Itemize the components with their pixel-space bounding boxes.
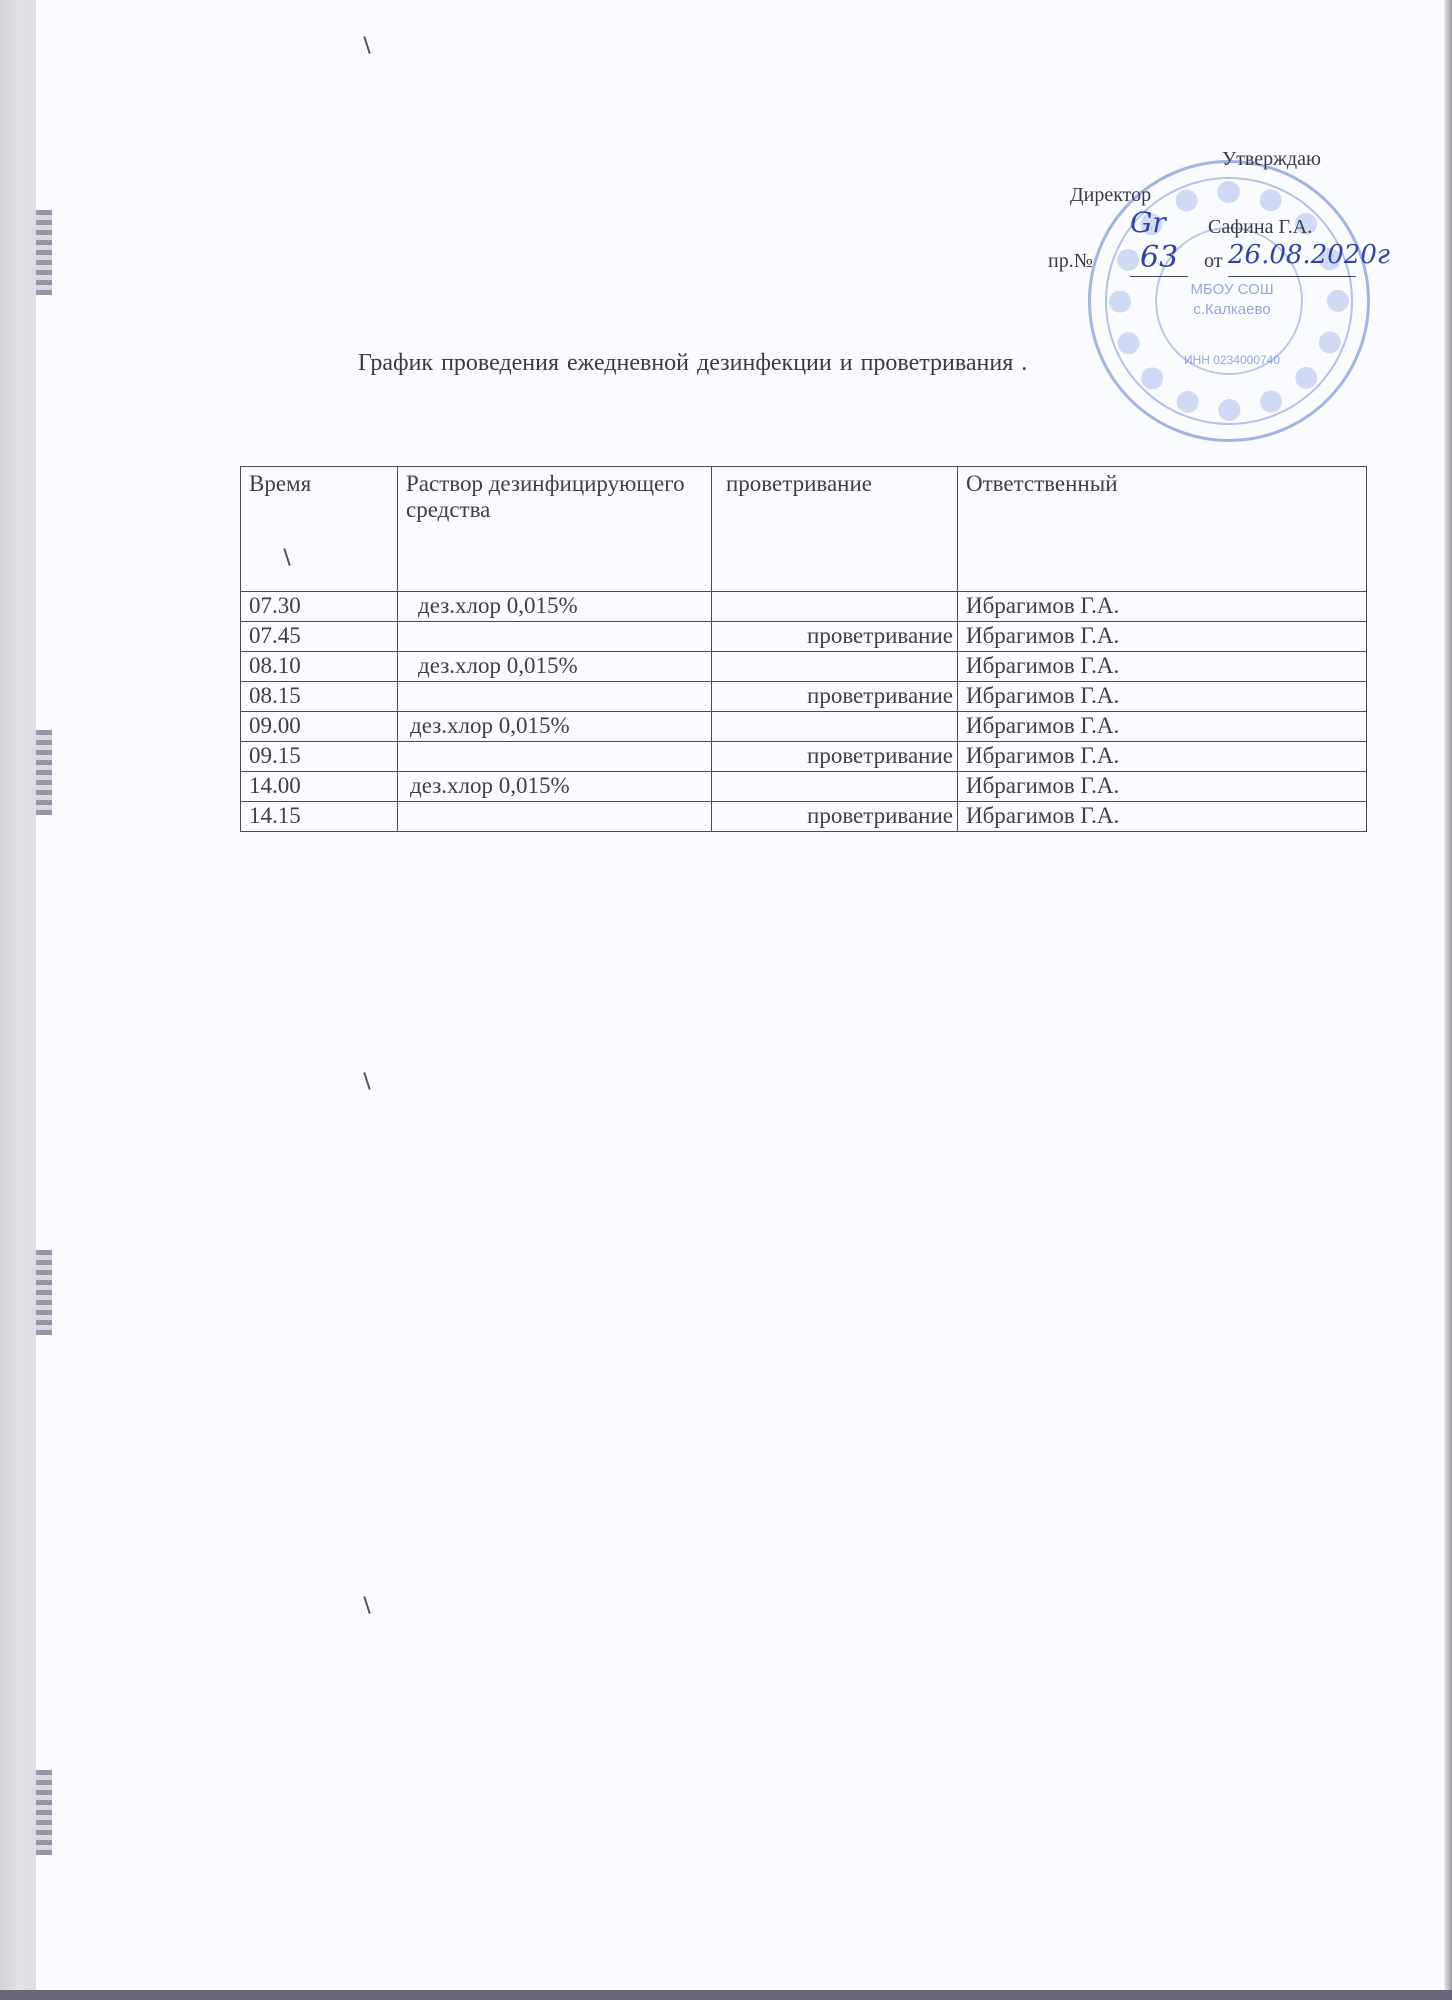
binding-hole-marks (36, 1770, 52, 1855)
cell-ventilation: проветривание (712, 622, 958, 652)
order-date-underline (1228, 276, 1356, 277)
cell-time: 14.15 (241, 802, 398, 832)
cell-solution (398, 742, 712, 772)
cell-time: 08.10 (241, 652, 398, 682)
header-time: Время (241, 467, 398, 592)
approve-label: Утверждаю (1222, 148, 1321, 171)
table-row: 09.15 проветривание Ибрагимов Г.А. (241, 742, 1367, 772)
document-title: График проведения ежедневной дезинфекции… (358, 350, 1027, 377)
order-number: 63 (1140, 240, 1178, 275)
cell-time: 07.45 (241, 622, 398, 652)
cell-time: 09.00 (241, 712, 398, 742)
table-row: 09.00 дез.хлор 0,015% Ибрагимов Г.А. (241, 712, 1367, 742)
cell-ventilation: проветривание (712, 742, 958, 772)
table-row: 08.10 дез.хлор 0,015% Ибрагимов Г.А. (241, 652, 1367, 682)
cell-time: 09.15 (241, 742, 398, 772)
cell-responsible: Ибрагимов Г.А. (958, 772, 1367, 802)
scan-edge-right (1444, 0, 1452, 2000)
stamp-inn: ИНН 0234000740 (1091, 353, 1373, 367)
cell-ventilation (712, 592, 958, 622)
scan-edge-bottom (0, 1990, 1452, 2000)
table-header-row: Время Раствор дезинфицирующего средства … (241, 467, 1367, 592)
table-row: 07.45 проветривание Ибрагимов Г.А. (241, 622, 1367, 652)
cell-responsible: Ибрагимов Г.А. (958, 592, 1367, 622)
director-name: Сафина Г.А. (1208, 216, 1312, 239)
stamp-org-name: МБОУ СОШ (1091, 281, 1373, 298)
stamp-village: с.Калкаево (1091, 301, 1373, 318)
cell-responsible: Ибрагимов Г.А. (958, 622, 1367, 652)
cell-ventilation: проветривание (712, 682, 958, 712)
cell-solution (398, 802, 712, 832)
cell-solution (398, 682, 712, 712)
cell-ventilation (712, 652, 958, 682)
header-ventilation: проветривание (712, 467, 958, 592)
order-date-label: от (1204, 250, 1222, 273)
cell-solution: дез.хлор 0,015% (398, 772, 712, 802)
table-row: 08.15 проветривание Ибрагимов Г.А. (241, 682, 1367, 712)
cell-responsible: Ибрагимов Г.А. (958, 802, 1367, 832)
cell-solution (398, 622, 712, 652)
binding-hole-marks (36, 730, 52, 815)
cell-time: 14.00 (241, 772, 398, 802)
cell-ventilation: проветривание (712, 802, 958, 832)
table-row: 14.15 проветривание Ибрагимов Г.А. (241, 802, 1367, 832)
director-position: Директор (1070, 184, 1151, 207)
cell-responsible: Ибрагимов Г.А. (958, 652, 1367, 682)
scan-edge-left (0, 0, 36, 2000)
cell-solution: дез.хлор 0,015% (398, 592, 712, 622)
order-number-underline (1130, 276, 1188, 277)
director-signature: Gr (1130, 206, 1166, 239)
cell-solution: дез.хлор 0,015% (398, 652, 712, 682)
cell-responsible: Ибрагимов Г.А. (958, 712, 1367, 742)
cell-ventilation (712, 772, 958, 802)
table-row: 14.00 дез.хлор 0,015% Ибрагимов Г.А. (241, 772, 1367, 802)
header-solution: Раствор дезинфицирующего средства (398, 467, 712, 592)
binding-hole-marks (36, 210, 52, 295)
cell-responsible: Ибрагимов Г.А. (958, 742, 1367, 772)
cell-time: 07.30 (241, 592, 398, 622)
header-responsible: Ответственный (958, 467, 1367, 592)
order-date: 26.08.2020г (1228, 240, 1390, 270)
order-number-label: пр.№ (1048, 250, 1093, 273)
cell-solution: дез.хлор 0,015% (398, 712, 712, 742)
cell-time: 08.15 (241, 682, 398, 712)
binding-hole-marks (36, 1250, 52, 1335)
cell-responsible: Ибрагимов Г.А. (958, 682, 1367, 712)
disinfection-schedule-table: Время Раствор дезинфицирующего средства … (240, 466, 1367, 832)
table-row: 07.30 дез.хлор 0,015% Ибрагимов Г.А. (241, 592, 1367, 622)
cell-ventilation (712, 712, 958, 742)
